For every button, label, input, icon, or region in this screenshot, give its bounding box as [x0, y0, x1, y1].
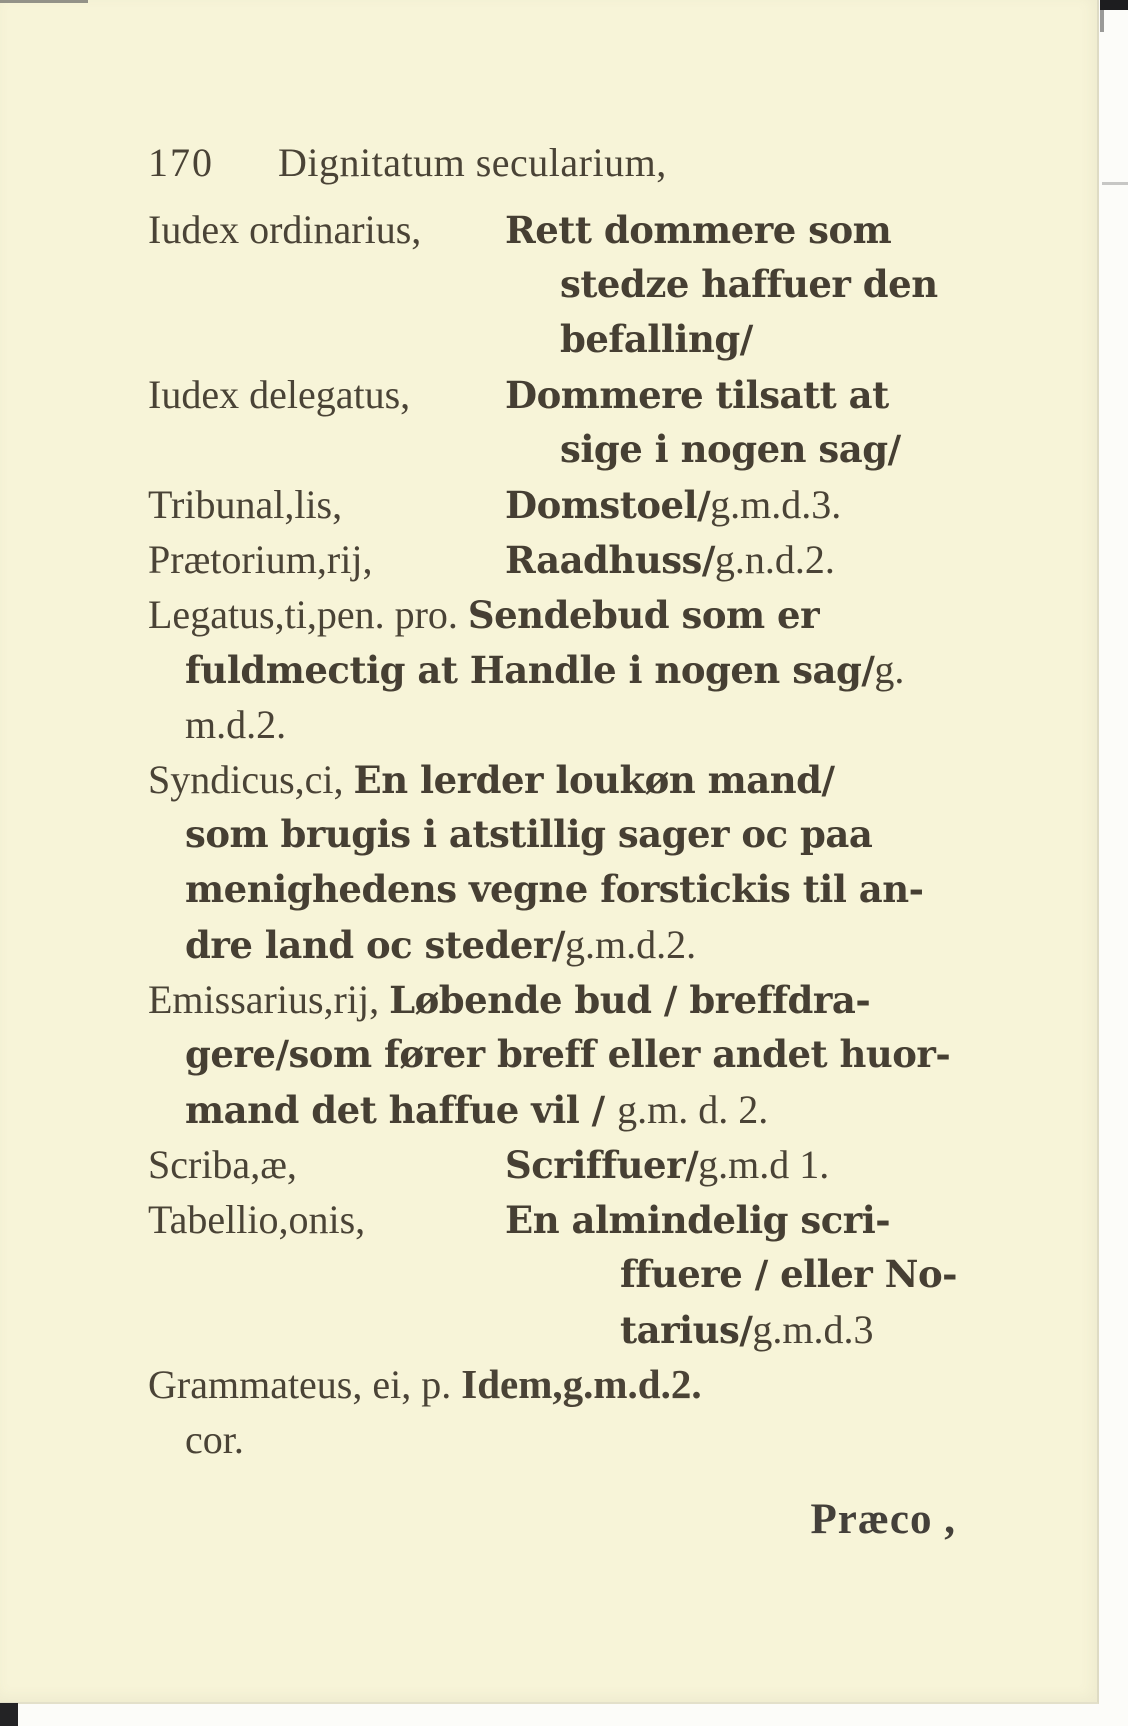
dictionary-line: mand det haffue vil / g.m. d. 2. [148, 1082, 988, 1137]
dictionary-line: gere/som fører breff eller andet huor- [148, 1027, 988, 1082]
scan-artifact-bottom-left [0, 1703, 18, 1726]
grammar-abbreviation: m.d.2. [185, 702, 286, 747]
latin-term: Iudex ordinarius, [148, 202, 505, 257]
danish-definition: Scriffuer/ [505, 1143, 698, 1187]
catchword-row: Præco , [148, 1495, 988, 1544]
dictionary-line: Legatus,ti,pen. pro. Sendebud som er [148, 587, 988, 642]
danish-definition: menighedens vegne forstickis til an- [185, 867, 924, 911]
danish-definition: Domstoel/ [505, 483, 710, 527]
danish-definition: tarius/ [620, 1308, 752, 1352]
danish-definition: stedze haffuer den [560, 262, 938, 306]
dictionary-line: cor. [148, 1412, 988, 1467]
danish-definition: En lerder loukøn mand/ [354, 758, 835, 802]
scan-artifact-top-right-shadow [1100, 10, 1104, 32]
grammar-abbreviation: g.m. d. 2. [617, 1087, 768, 1132]
grammar-abbreviation: g. [874, 647, 904, 692]
dictionary-line: dre land oc steder/g.m.d.2. [148, 917, 988, 972]
danish-definition: som brugis i atstillig sager oc paa [185, 812, 872, 856]
dictionary-line: Tabellio,onis,En almindelig scri- [148, 1192, 988, 1247]
scanned-book-page: 170Dignitatum secularium, Iudex ordinari… [0, 0, 1128, 1726]
grammar-abbreviation: g.m.d 1. [698, 1142, 829, 1187]
danish-definition: ffuere / eller No- [620, 1252, 957, 1296]
grammar-abbreviation: Idem,g.m.d.2. [461, 1361, 701, 1407]
danish-definition: Sendebud som er [468, 593, 819, 637]
dictionary-line: Scriba,æ,Scriffuer/g.m.d 1. [148, 1137, 988, 1192]
latin-term: Scriba,æ, [148, 1137, 505, 1192]
dictionary-line: stedze haffuer den [148, 257, 988, 312]
latin-term: Legatus,ti,pen. pro. [148, 592, 468, 637]
grammar-abbreviation: g.m.d.3. [710, 482, 841, 527]
danish-definition: En almindelig scri- [505, 1198, 890, 1242]
page-number: 170 [148, 132, 278, 194]
latin-term: Tabellio,onis, [148, 1192, 505, 1247]
dictionary-line: Emissarius,rij, Løbende bud / breffdra- [148, 972, 988, 1027]
dictionary-line: Grammateus, ei, p. Idem,g.m.d.2. [148, 1357, 988, 1412]
grammar-abbreviation: g.m.d.2. [565, 922, 696, 967]
grammar-abbreviation: g.m.d.3 [752, 1307, 873, 1352]
latin-term: Emissarius,rij, [148, 977, 389, 1022]
grammar-abbreviation: g.n.d.2. [715, 537, 835, 582]
dictionary-line: som brugis i atstillig sager oc paa [148, 807, 988, 862]
latin-term: Syndicus,ci, [148, 757, 354, 802]
latin-term: Tribunal,lis, [148, 477, 505, 532]
dictionary-line: m.d.2. [148, 697, 988, 752]
catchword: Præco , [811, 1496, 957, 1543]
latin-term: Iudex delegatus, [148, 367, 505, 422]
text-block: 170Dignitatum secularium, Iudex ordinari… [148, 132, 988, 1544]
danish-definition: Løbende bud / breffdra- [389, 978, 870, 1022]
danish-definition: fuldmectig at Handle i nogen sag/ [185, 648, 874, 692]
danish-definition: Rett dommere som [505, 208, 891, 252]
latin-term: Prætorium,rij, [148, 532, 505, 587]
dictionary-line: fuldmectig at Handle i nogen sag/g. [148, 642, 988, 697]
dictionary-line: Iudex ordinarius,Rett dommere som [148, 202, 988, 257]
danish-definition: Dommere tilsatt at [505, 373, 889, 417]
page-header: 170Dignitatum secularium, [148, 132, 988, 194]
dictionary-line: Tribunal,lis,Domstoel/g.m.d.3. [148, 477, 988, 532]
danish-definition: dre land oc steder/ [185, 923, 565, 967]
dictionary-line: tarius/g.m.d.3 [148, 1302, 988, 1357]
running-title: Dignitatum secularium, [278, 140, 667, 185]
dictionary-line: Syndicus,ci, En lerder loukøn mand/ [148, 752, 988, 807]
danish-definition: befalling/ [560, 317, 753, 361]
danish-definition: mand det haffue vil / [185, 1088, 617, 1132]
dictionary-line: Prætorium,rij,Raadhuss/g.n.d.2. [148, 532, 988, 587]
dictionary-line: Iudex delegatus,Dommere tilsatt at [148, 367, 988, 422]
dictionary-line: menighedens vegne forstickis til an- [148, 862, 988, 917]
danish-definition: sige i nogen sag/ [560, 427, 901, 471]
dictionary-line: ffuere / eller No- [148, 1247, 988, 1302]
danish-definition: Raadhuss/ [505, 538, 715, 582]
scan-artifact-top-left [0, 0, 88, 3]
danish-definition: gere/som fører breff eller andet huor- [185, 1032, 950, 1076]
scan-artifact-top-right [1100, 0, 1128, 10]
latin-term: cor. [185, 1417, 244, 1462]
dictionary-line: befalling/ [148, 312, 988, 367]
scan-artifact-right-tick [1102, 182, 1128, 185]
dictionary-line: sige i nogen sag/ [148, 422, 988, 477]
latin-term: Grammateus, ei, p. [148, 1362, 461, 1407]
